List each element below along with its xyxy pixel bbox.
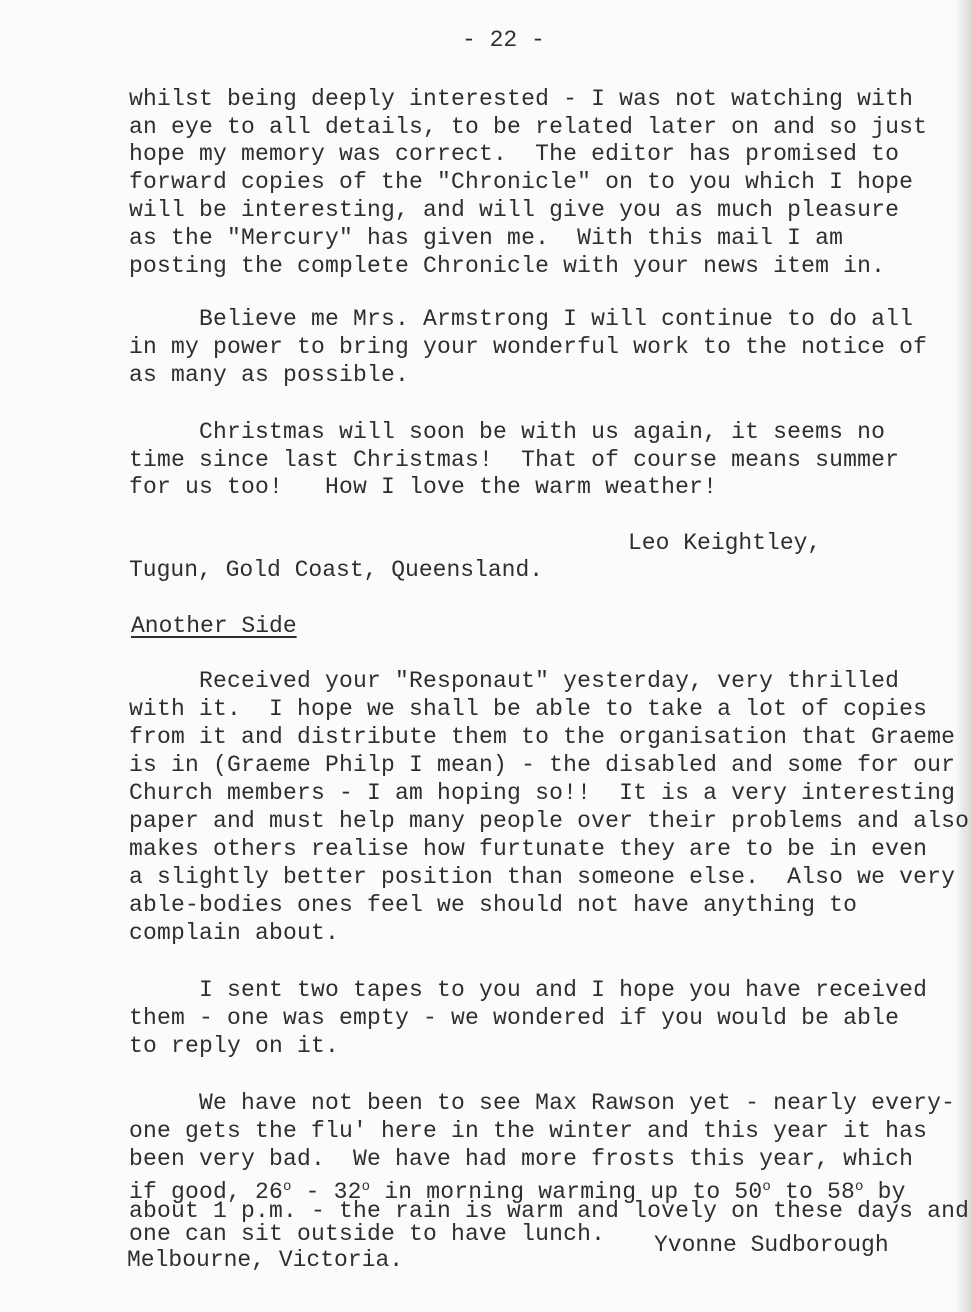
location: Melbourne, Victoria. bbox=[127, 1246, 403, 1274]
text-line: them - one was empty - we wondered if yo… bbox=[129, 1004, 899, 1032]
text-line: for us too! How I love the warm weather! bbox=[129, 473, 717, 501]
degree-symbol: o bbox=[362, 1179, 371, 1195]
text-line: in my power to bring your wonderful work… bbox=[129, 333, 927, 361]
text-line: one can sit outside to have lunch. bbox=[129, 1220, 605, 1248]
text-line: able-bodies ones feel we should not have… bbox=[129, 891, 857, 919]
text-line: as the "Mercury" has given me. With this… bbox=[129, 224, 843, 252]
degree-symbol: o bbox=[762, 1179, 771, 1195]
text-line: as many as possible. bbox=[129, 361, 409, 389]
text-line: time since last Christmas! That of cours… bbox=[129, 446, 899, 474]
text-line: been very bad. We have had more frosts t… bbox=[129, 1145, 913, 1173]
text-line: to reply on it. bbox=[129, 1032, 339, 1060]
text-line: hope my memory was correct. The editor h… bbox=[129, 140, 899, 168]
text-line: with it. I hope we shall be able to take… bbox=[129, 695, 927, 723]
scan-page-edge bbox=[955, 0, 971, 1312]
text-line: forward copies of the "Chronicle" on to … bbox=[129, 168, 913, 196]
text-line: makes others realise how furtunate they … bbox=[129, 835, 927, 863]
text-line: an eye to all details, to be related lat… bbox=[129, 113, 927, 141]
text-line: I sent two tapes to you and I hope you h… bbox=[129, 976, 927, 1004]
text-line: Christmas will soon be with us again, it… bbox=[129, 418, 885, 446]
text-line: whilst being deeply interested - I was n… bbox=[129, 85, 913, 113]
text-line: Church members - I am hoping so!! It is … bbox=[129, 779, 955, 807]
text-line: complain about. bbox=[129, 919, 339, 947]
location: Tugun, Gold Coast, Queensland. bbox=[129, 556, 543, 584]
signature: Leo Keightley, bbox=[628, 529, 821, 557]
text-line: Believe me Mrs. Armstrong I will continu… bbox=[129, 305, 913, 333]
degree-symbol: o bbox=[855, 1179, 864, 1195]
text-line: from it and distribute them to the organ… bbox=[129, 723, 955, 751]
text-line: We have not been to see Max Rawson yet -… bbox=[129, 1089, 955, 1117]
text-line: Received your "Responaut" yesterday, ver… bbox=[129, 667, 899, 695]
degree-symbol: o bbox=[283, 1179, 292, 1195]
text-line: will be interesting, and will give you a… bbox=[129, 196, 899, 224]
page-number: - 22 - bbox=[462, 26, 545, 54]
text-line: paper and must help many people over the… bbox=[129, 807, 969, 835]
text-line: posting the complete Chronicle with your… bbox=[129, 252, 885, 280]
signature: Yvonne Sudborough bbox=[654, 1231, 889, 1259]
text-line: a slightly better position than someone … bbox=[129, 863, 955, 891]
text-line: one gets the flu' here in the winter and… bbox=[129, 1117, 927, 1145]
text-line: is in (Graeme Philp I mean) - the disabl… bbox=[129, 751, 955, 779]
section-heading: Another Side bbox=[131, 612, 297, 640]
